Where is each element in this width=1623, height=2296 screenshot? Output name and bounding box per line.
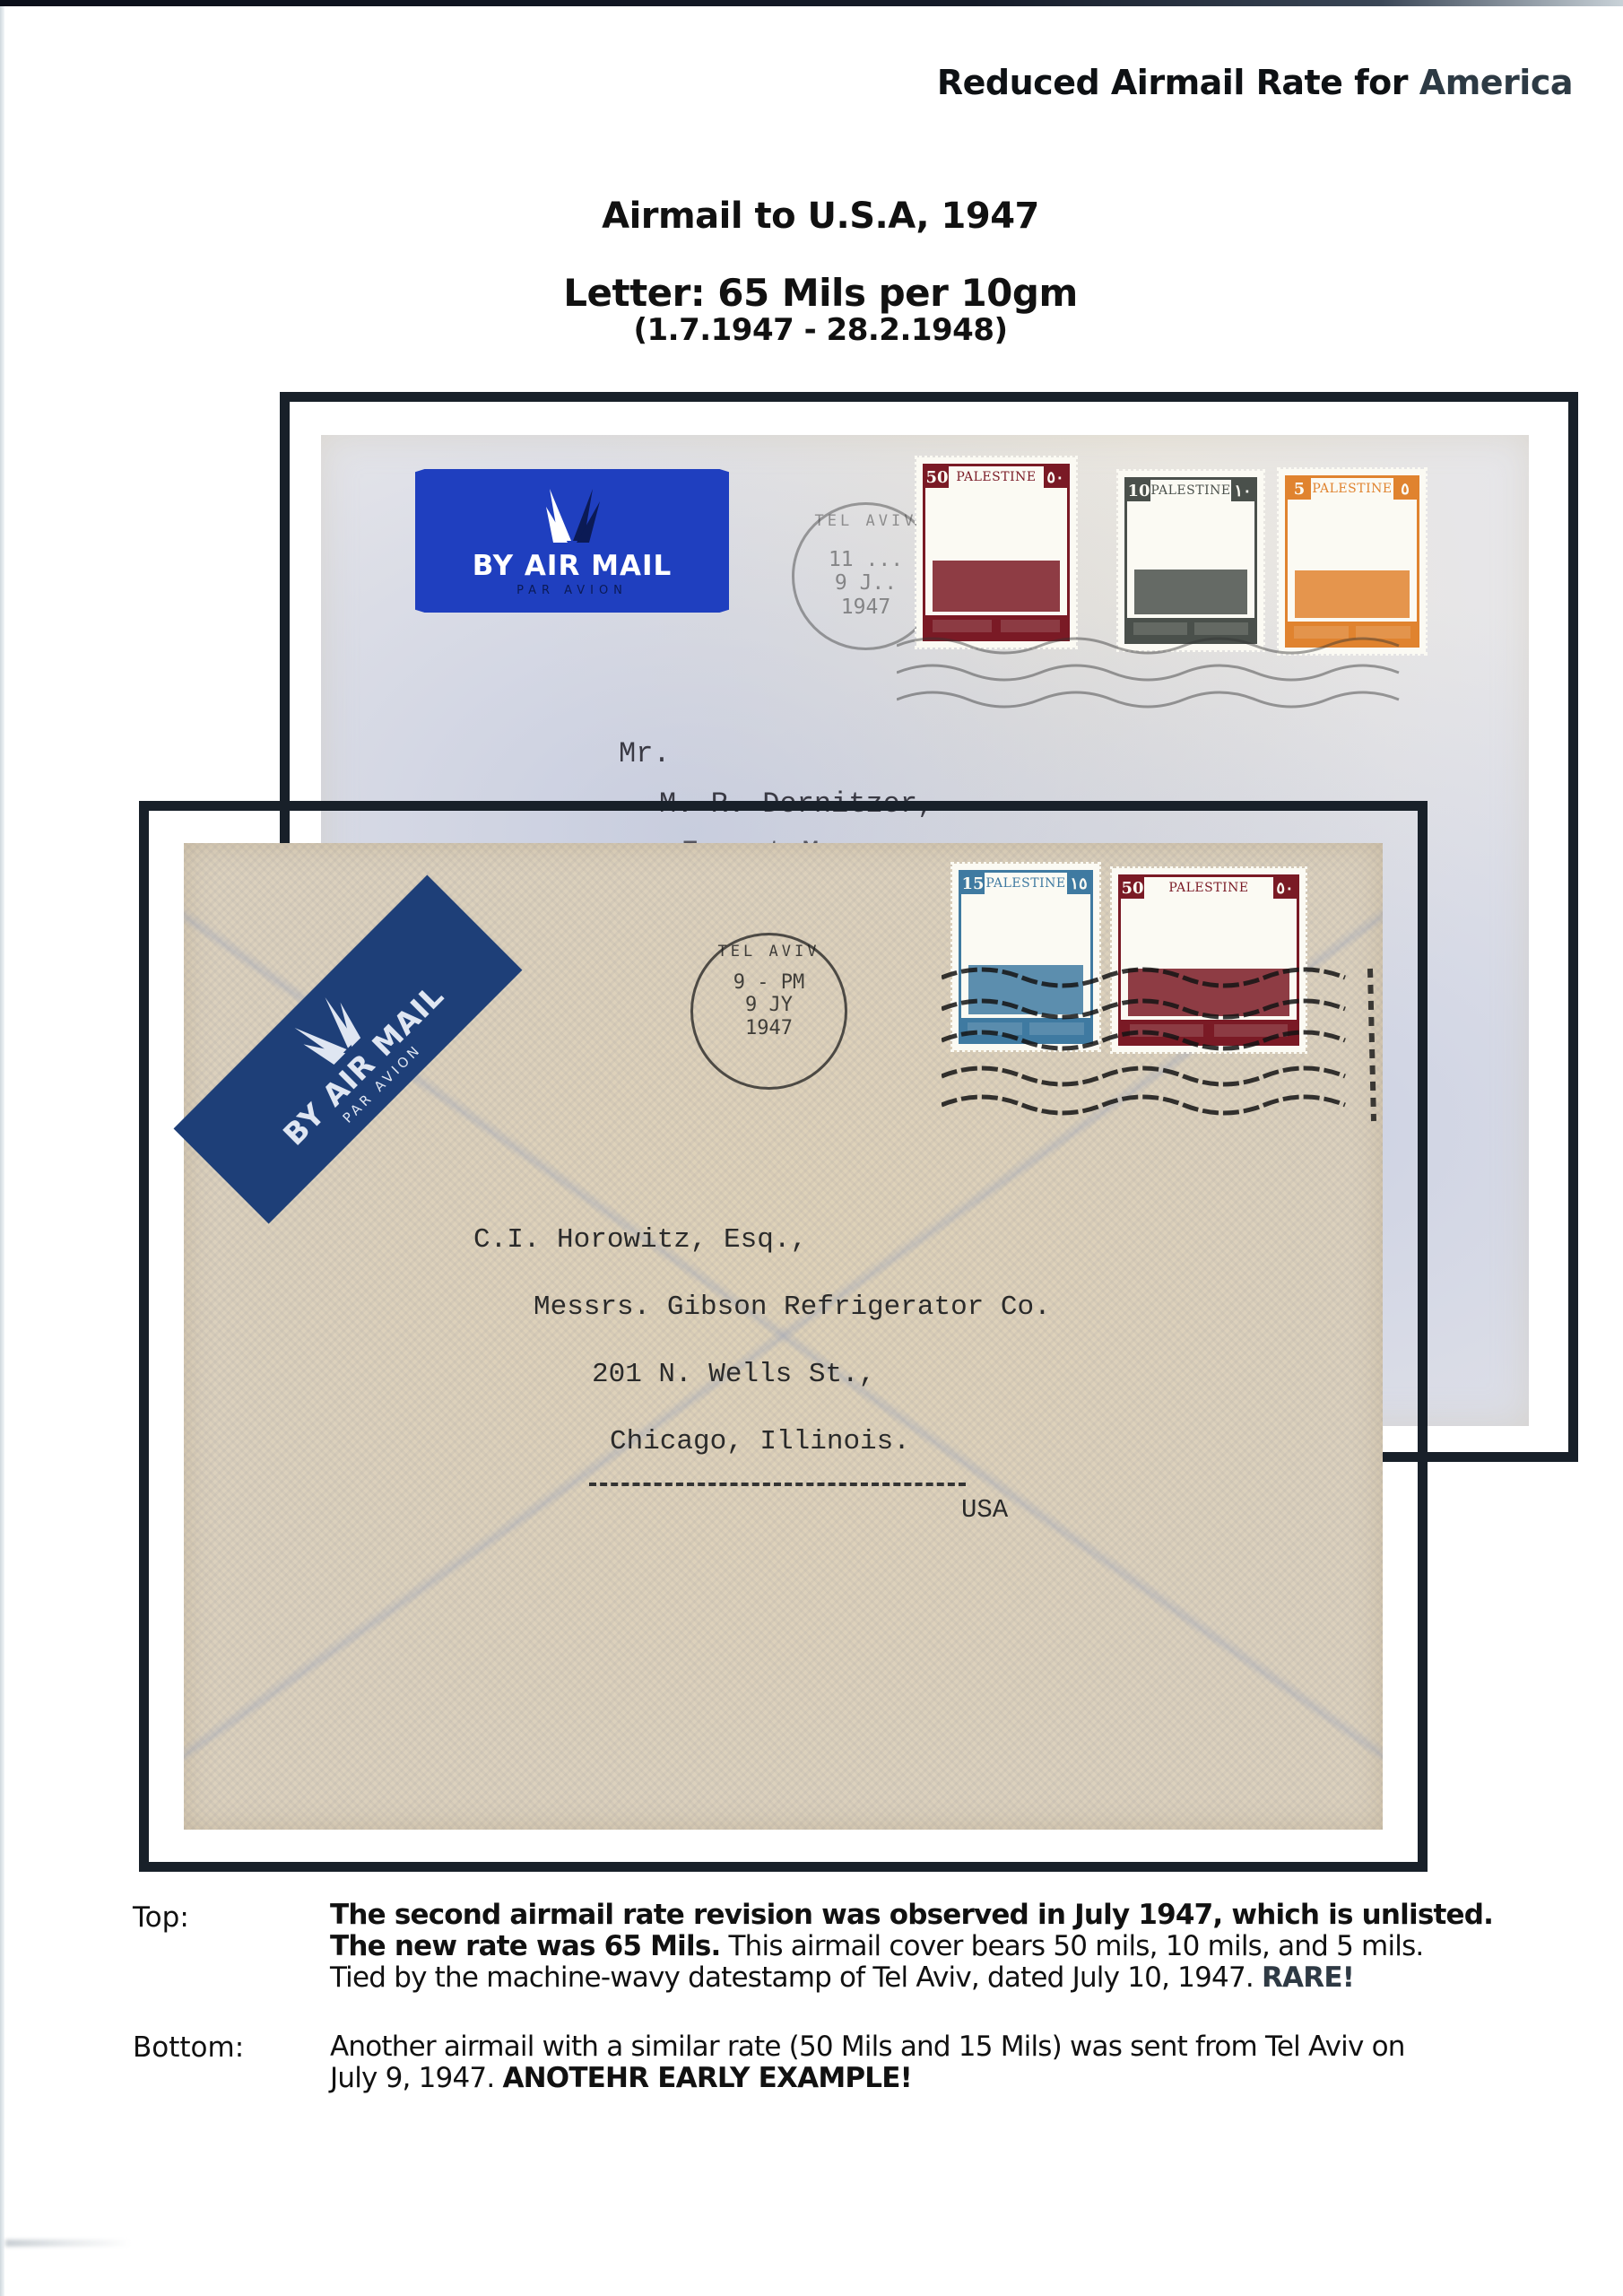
top-airmail-label: BY AIR MAIL PAR AVION xyxy=(415,469,729,613)
address-underline xyxy=(589,1483,966,1486)
page-heading-text: Reduced Airmail Rate for xyxy=(937,63,1408,102)
caption-top-bold2: The new rate was 65 Mils. xyxy=(330,1930,720,1962)
page-heading: Reduced Airmail Rate for America xyxy=(937,63,1573,102)
stamp-10-mils: 10PALESTINE١٠ xyxy=(1118,471,1263,650)
top-wavy-cancel xyxy=(897,628,1471,709)
bottom-postmark: TEL AVIV 9 - PM 9 JY 1947 xyxy=(690,933,847,1090)
bottom-address-country: USA xyxy=(961,1495,1008,1525)
scan-top-edge xyxy=(0,0,1623,6)
caption-top-text: The second airmail rate revision was obs… xyxy=(330,1900,1558,1994)
stamp-5-mils: 5PALESTINE٥ xyxy=(1279,469,1426,654)
scan-smudge xyxy=(5,2239,131,2247)
bottom-address-line: Chicago, Illinois. xyxy=(610,1426,910,1457)
caption-top-bold1: The second airmail rate revision was obs… xyxy=(330,1899,1493,1931)
wings-icon xyxy=(541,489,603,544)
rate-period: (1.7.1947 - 28.2.1948) xyxy=(0,312,1623,348)
airmail-label-sub: PAR AVION xyxy=(415,584,729,597)
exhibit-title: Airmail to U.S.A, 1947 xyxy=(0,196,1623,237)
bottom-address-line: Messrs. Gibson Refrigerator Co. xyxy=(534,1291,1051,1323)
caption-bottom-emphasis: ANOTEHR EARLY EXAMPLE! xyxy=(502,2062,912,2094)
bottom-address-line: 201 N. Wells St., xyxy=(592,1359,875,1390)
postmark-date: 9 - PM 9 JY 1947 xyxy=(693,971,845,1039)
stamp-50-mils: 50PALESTINE٥٠ xyxy=(916,457,1076,648)
airmail-label-main: BY AIR MAIL xyxy=(415,550,729,582)
page-heading-accent: America xyxy=(1419,63,1573,102)
rate-title: Letter: 65 Mils per 10gm xyxy=(0,271,1623,315)
bottom-wavy-cancel xyxy=(942,951,1390,1130)
bottom-address-line: C.I. Horowitz, Esq., xyxy=(473,1224,807,1256)
caption-bottom-label: Bottom: xyxy=(133,2031,244,2064)
postmark-city: TEL AVIV xyxy=(693,943,845,961)
top-address-line: Mr. xyxy=(619,737,671,770)
caption-top-emphasis: RARE! xyxy=(1262,1961,1354,1994)
scan-left-edge xyxy=(0,6,4,2296)
caption-bottom-text: Another airmail with a similar rate (50 … xyxy=(330,2031,1558,2094)
caption-top-label: Top: xyxy=(133,1901,189,1934)
